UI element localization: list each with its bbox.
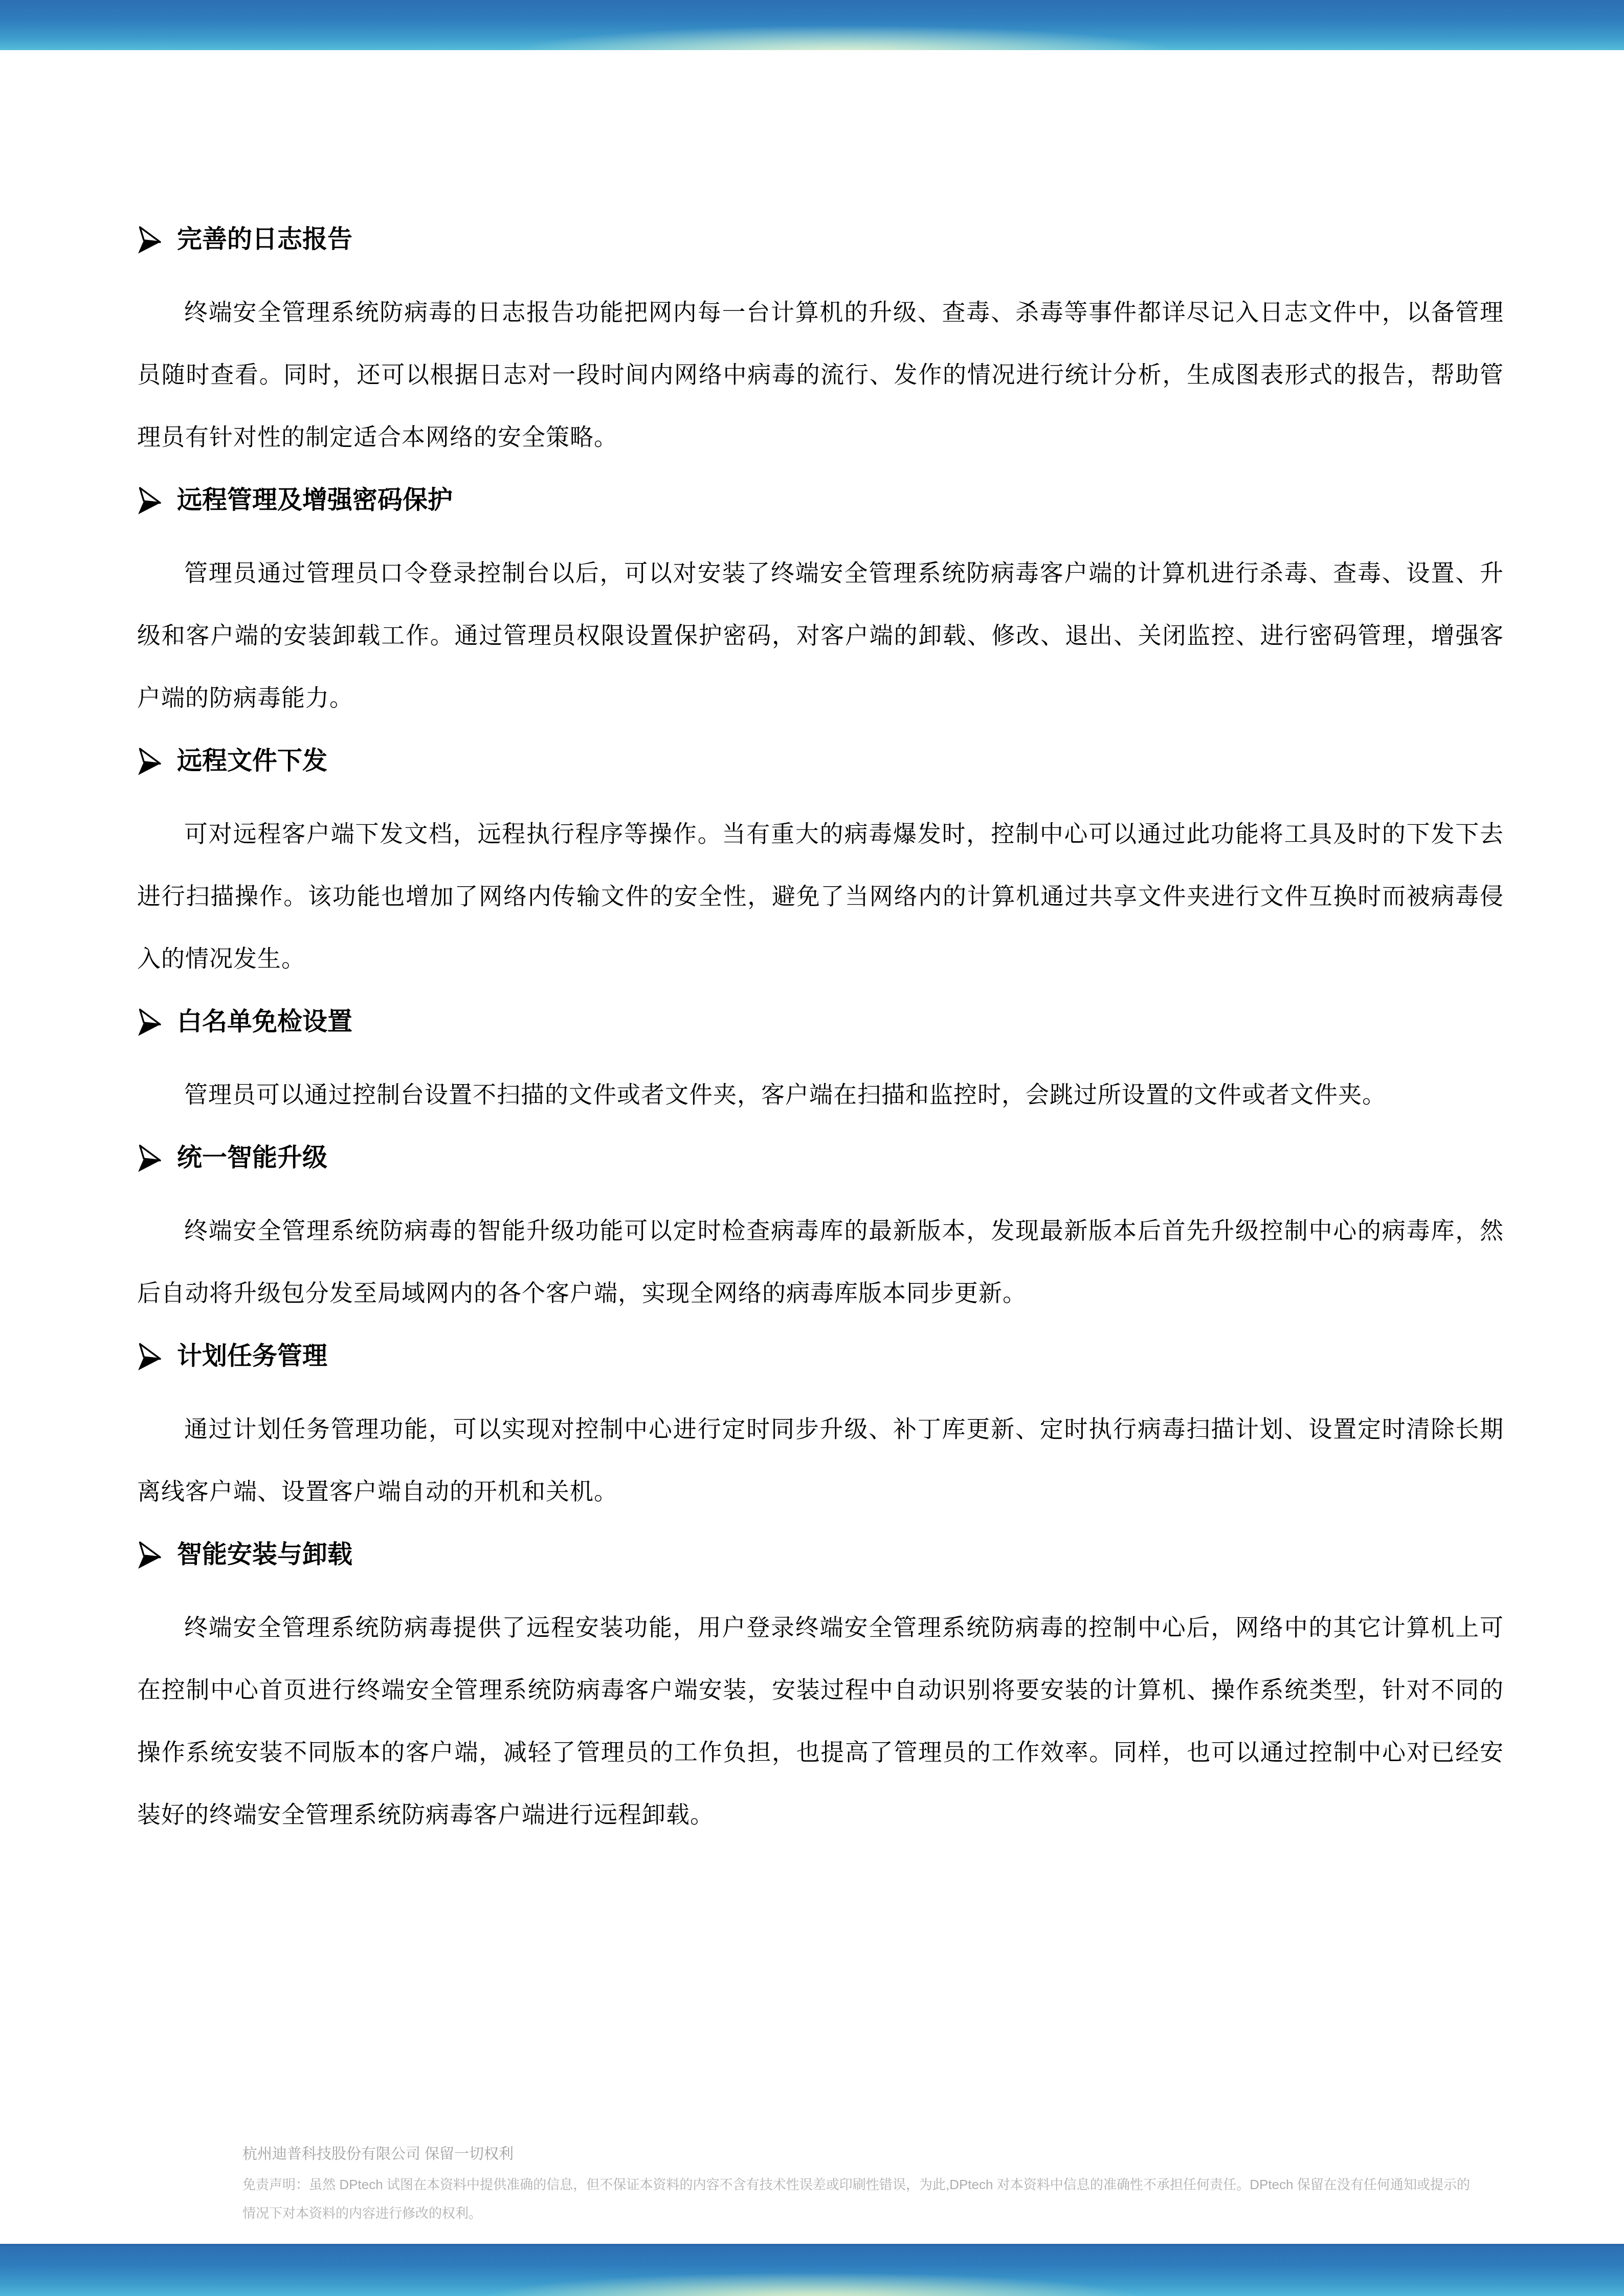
section-heading-text: 远程文件下发 [177, 745, 327, 777]
section-heading: 统一智能升级 [132, 1141, 1504, 1174]
section-smart-install-uninstall: 智能安装与卸载 终端安全管理系统防病毒提供了远程安装功能，用户登录终端安全管理系… [137, 1538, 1504, 1846]
section-heading: 远程文件下发 [132, 745, 1504, 777]
section-heading-text: 计划任务管理 [177, 1340, 327, 1372]
footer-disclaimer: 免责声明：虽然 DPtech 试图在本资料中提供准确的信息，但不保证本资料的内容… [242, 2170, 1470, 2227]
section-log-report: 完善的日志报告 终端安全管理系统防病毒的日志报告功能把网内每一台计算机的升级、查… [137, 223, 1504, 468]
section-paragraph: 终端安全管理系统防病毒提供了远程安装功能，用户登录终端安全管理系统防病毒的控制中… [137, 1596, 1504, 1846]
arrow-bullet-icon [132, 1007, 164, 1039]
arrow-bullet-icon [132, 746, 164, 778]
arrow-bullet-icon [132, 1540, 164, 1571]
arrow-bullet-icon [132, 1341, 164, 1373]
section-heading: 智能安装与卸载 [132, 1538, 1504, 1571]
section-paragraph: 管理员通过管理员口令登录控制台以后，可以对安装了终端安全管理系统防病毒客户端的计… [137, 542, 1504, 729]
section-paragraph: 管理员可以通过控制台设置不扫描的文件或者文件夹，客户端在扫描和监控时，会跳过所设… [137, 1064, 1504, 1126]
section-heading-text: 完善的日志报告 [177, 223, 352, 256]
section-paragraph: 终端安全管理系统防病毒的日志报告功能把网内每一台计算机的升级、查毒、杀毒等事件都… [137, 281, 1504, 468]
section-heading: 远程管理及增强密码保护 [132, 484, 1504, 516]
section-heading: 计划任务管理 [132, 1340, 1504, 1372]
section-heading-text: 统一智能升级 [177, 1141, 327, 1174]
document-page: 完善的日志报告 终端安全管理系统防病毒的日志报告功能把网内每一台计算机的升级、查… [0, 0, 1624, 2296]
section-remote-file-dispatch: 远程文件下发 可对远程客户端下发文档，远程执行程序等操作。当有重大的病毒爆发时，… [137, 745, 1504, 990]
section-heading-text: 智能安装与卸载 [177, 1538, 352, 1571]
top-gradient-band [0, 0, 1624, 50]
section-remote-management: 远程管理及增强密码保护 管理员通过管理员口令登录控制台以后，可以对安装了终端安全… [137, 484, 1504, 729]
section-paragraph: 通过计划任务管理功能，可以实现对控制中心进行定时同步升级、补丁库更新、定时执行病… [137, 1398, 1504, 1523]
section-scheduled-tasks: 计划任务管理 通过计划任务管理功能，可以实现对控制中心进行定时同步升级、补丁库更… [137, 1340, 1504, 1523]
section-whitelist: 白名单免检设置 管理员可以通过控制台设置不扫描的文件或者文件夹，客户端在扫描和监… [137, 1005, 1504, 1126]
section-heading-text: 白名单免检设置 [177, 1005, 352, 1038]
arrow-bullet-icon [132, 224, 164, 256]
section-unified-upgrade: 统一智能升级 终端安全管理系统防病毒的智能升级功能可以定时检查病毒库的最新版本，… [137, 1141, 1504, 1324]
section-paragraph: 可对远程客户端下发文档，远程执行程序等操作。当有重大的病毒爆发时，控制中心可以通… [137, 803, 1504, 990]
section-heading-text: 远程管理及增强密码保护 [177, 484, 453, 516]
arrow-bullet-icon [132, 1143, 164, 1175]
bottom-gradient-band [0, 2244, 1624, 2296]
section-heading: 完善的日志报告 [132, 223, 1504, 256]
footer-copyright: 杭州迪普科技股份有限公司 保留一切权利 [242, 2143, 514, 2164]
arrow-bullet-icon [132, 485, 164, 517]
page-content: 完善的日志报告 终端安全管理系统防病毒的日志报告功能把网内每一台计算机的升级、查… [137, 223, 1504, 1846]
section-paragraph: 终端安全管理系统防病毒的智能升级功能可以定时检查病毒库的最新版本，发现最新版本后… [137, 1200, 1504, 1324]
section-heading: 白名单免检设置 [132, 1005, 1504, 1038]
